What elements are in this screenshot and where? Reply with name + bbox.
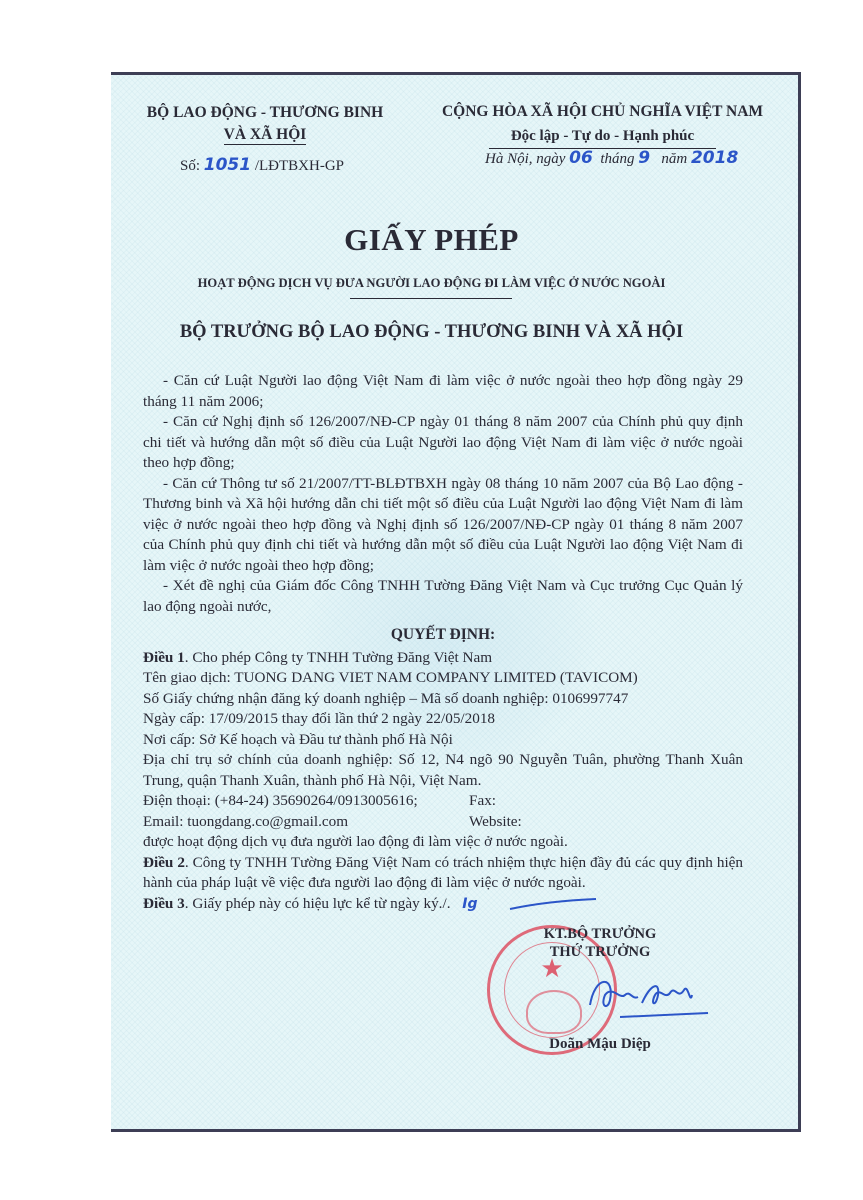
company-website: Website: bbox=[469, 813, 522, 830]
signature-title-2: THỨ TRƯỞNG bbox=[500, 943, 700, 961]
document-title: GIẤY PHÉP bbox=[0, 222, 863, 258]
registration-number: Số Giấy chứng nhận đăng ký doanh nghiệp … bbox=[143, 689, 743, 710]
date-day: 06 bbox=[569, 148, 593, 168]
registration-issuer: Nơi cấp: Sở Kế hoạch và Đầu tư thành phố… bbox=[143, 730, 743, 751]
article-3: Điều 3. Giấy phép này có hiệu lực kể từ … bbox=[143, 894, 743, 915]
date-month: 9 bbox=[638, 148, 650, 168]
article-1: Điều 1. Cho phép Công ty TNHH Tường Đăng… bbox=[143, 648, 743, 853]
permitted-scope: được hoạt động dịch vụ đưa người lao độn… bbox=[143, 832, 743, 853]
company-fax: Fax: bbox=[469, 792, 496, 809]
company-email: Email: tuongdang.co@gmail.com bbox=[143, 812, 469, 833]
article-2: Điều 2. Công ty TNHH Tường Đăng Việt Nam… bbox=[143, 853, 743, 894]
company-phone: Điện thoại: (+84-24) 35690264/0913005616… bbox=[143, 791, 469, 812]
registration-date: Ngày cấp: 17/09/2015 thay đổi lần thứ 2 … bbox=[143, 709, 743, 730]
issue-date: Hà Nội, ngày 06 tháng 9 năm 2018 bbox=[485, 148, 738, 168]
signature-block: KT.BỘ TRƯỞNG THỨ TRƯỞNG bbox=[500, 925, 700, 961]
date-year: 2018 bbox=[691, 148, 738, 168]
preamble-item: - Căn cứ Nghị định số 126/2007/NĐ-CP ngà… bbox=[143, 412, 743, 474]
document-body: - Căn cứ Luật Người lao động Việt Nam đi… bbox=[143, 371, 743, 914]
decision-heading: QUYẾT ĐỊNH: bbox=[143, 625, 743, 646]
signer-name: Doãn Mậu Diệp bbox=[500, 1036, 700, 1053]
national-emblem-icon bbox=[526, 990, 582, 1034]
preamble-item: - Căn cứ Luật Người lao động Việt Nam đi… bbox=[143, 371, 743, 412]
subtitle-rule bbox=[350, 298, 512, 299]
ministry-name-line2: VÀ XÃ HỘI bbox=[224, 126, 307, 145]
ministry-header: BỘ LAO ĐỘNG - THƯƠNG BINH VÀ XÃ HỘI bbox=[130, 102, 400, 146]
national-motto: Độc lập - Tự do - Hạnh phúc bbox=[489, 126, 716, 149]
ministry-name-line1: BỘ LAO ĐỘNG - THƯƠNG BINH bbox=[130, 102, 400, 124]
republic-name: CỘNG HÒA XÃ HỘI CHỦ NGHĨA VIỆT NAM bbox=[425, 100, 780, 124]
handwritten-signature-icon bbox=[580, 965, 710, 1025]
preamble-item: - Xét đề nghị của Giám đốc Công TNHH Tườ… bbox=[143, 576, 743, 617]
preamble-item: - Căn cứ Thông tư số 21/2007/TT-BLĐTBXH … bbox=[143, 474, 743, 577]
initial-underline-icon bbox=[508, 895, 598, 915]
trade-name: Tên giao dịch: TUONG DANG VIET NAM COMPA… bbox=[143, 668, 743, 689]
republic-header: CỘNG HÒA XÃ HỘI CHỦ NGHĨA VIỆT NAM Độc l… bbox=[425, 100, 780, 149]
handwritten-initial: Ig bbox=[462, 896, 477, 912]
issuing-authority: BỘ TRƯỞNG BỘ LAO ĐỘNG - THƯƠNG BINH VÀ X… bbox=[0, 322, 863, 343]
signature-title-1: KT.BỘ TRƯỞNG bbox=[500, 925, 700, 943]
company-address: Địa chỉ trụ sở chính của doanh nghiệp: S… bbox=[143, 750, 743, 791]
document-number-handwritten: 1051 bbox=[204, 155, 251, 175]
document-number: Số: 1051 /LĐTBXH-GP bbox=[180, 155, 344, 175]
document-subtitle: HOẠT ĐỘNG DỊCH VỤ ĐƯA NGƯỜI LAO ĐỘNG ĐI … bbox=[0, 276, 863, 291]
